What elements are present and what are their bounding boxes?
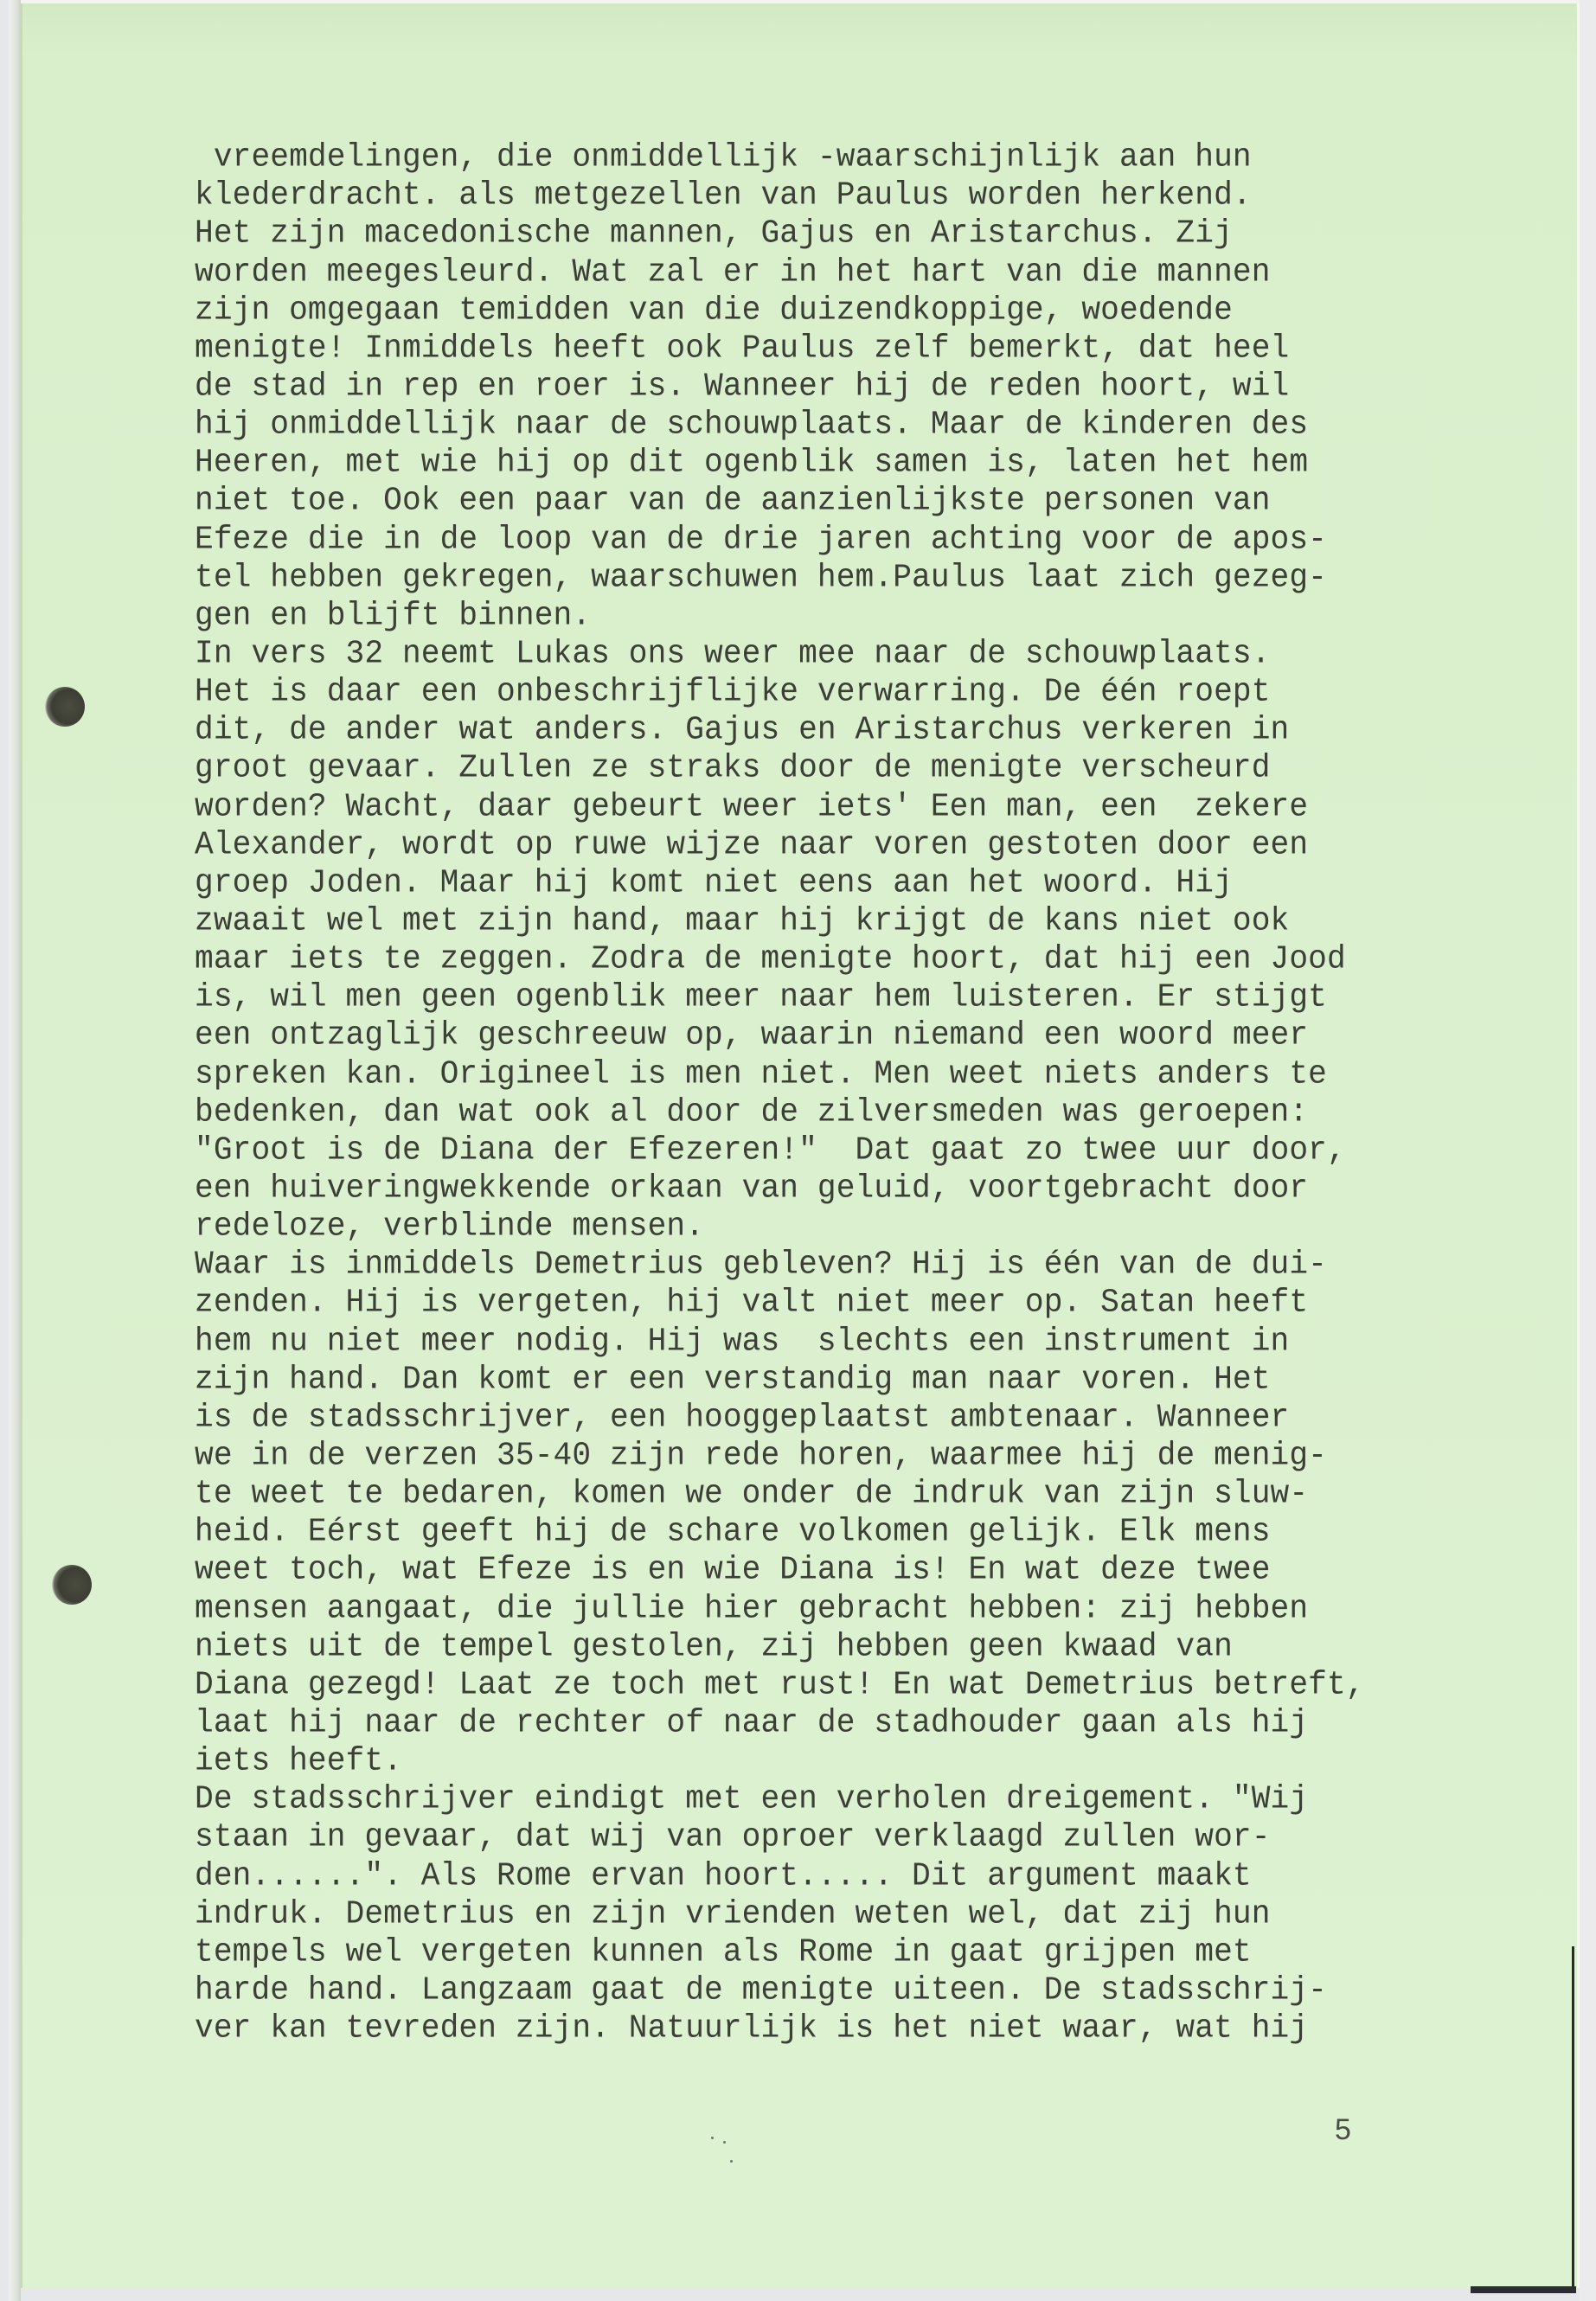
text-line: staan in gevaar, dat wij van oproer verk… <box>195 1817 1271 1857</box>
text-line: maar iets te zeggen. Zodra de menigte ho… <box>195 939 1346 979</box>
text-line: heid. Eérst geeft hij de schare volkomen… <box>195 1512 1271 1552</box>
punch-hole-icon <box>52 1565 92 1605</box>
text-line: te weet te bedaren, komen we onder de in… <box>195 1474 1308 1514</box>
punch-hole-icon <box>45 687 85 727</box>
text-line: tel hebben gekregen, waarschuwen hem.Pau… <box>195 558 1327 598</box>
text-line: Efeze die in de loop van de drie jaren a… <box>195 520 1327 560</box>
page-corner-shadow <box>1471 2286 1576 2293</box>
text-line: In vers 32 neemt Lukas ons weer mee naar… <box>195 634 1271 674</box>
scanner-right-margin <box>1580 0 1596 2301</box>
text-line: tempels wel vergeten kunnen als Rome in … <box>195 1932 1252 1972</box>
text-line: bedenken, dan wat ook al door de zilvers… <box>195 1093 1308 1132</box>
text-line: den......". Als Rome ervan hoort..... Di… <box>195 1856 1252 1896</box>
text-line: Heeren, met wie hij op dit ogenblik same… <box>195 443 1308 483</box>
text-line: zenden. Hij is vergeten, hij valt niet m… <box>195 1283 1308 1323</box>
paper-speck <box>723 2141 726 2144</box>
scanner-left-margin <box>9 0 21 2301</box>
paper-speck <box>711 2137 714 2139</box>
text-line: "Groot is de Diana der Efezeren!" Dat ga… <box>195 1131 1346 1170</box>
text-line: hem nu niet meer nodig. Hij was slechts … <box>195 1322 1289 1362</box>
text-line: zwaait wel met zijn hand, maar hij krijg… <box>195 901 1289 941</box>
text-line: zijn hand. Dan komt er een verstandig ma… <box>195 1360 1271 1400</box>
text-line: mensen aangaat, die jullie hier gebracht… <box>195 1589 1308 1629</box>
text-line: niet toe. Ook een paar van de aanzienlij… <box>195 481 1271 521</box>
text-line: De stadsschrijver eindigt met een verhol… <box>195 1779 1308 1819</box>
text-line: vreemdelingen, die onmiddellijk -waarsch… <box>195 138 1252 177</box>
text-line: indruk. Demetrius en zijn vrienden weten… <box>195 1894 1271 1934</box>
page-number: 5 <box>1335 2111 1351 2149</box>
text-line: Het is daar een onbeschrijflijke verwarr… <box>195 672 1271 712</box>
text-line: is, wil men geen ogenblik meer naar hem … <box>195 977 1327 1017</box>
paper-speck <box>730 2160 733 2163</box>
text-line: dit, de ander wat anders. Gajus en Arist… <box>195 710 1289 750</box>
page-right-shadow <box>1572 1946 1574 2292</box>
text-line: worden meegesleurd. Wat zal er in het ha… <box>195 253 1271 292</box>
text-line: Het zijn macedonische mannen, Gajus en A… <box>195 214 1233 253</box>
text-line: Diana gezegd! Laat ze toch met rust! En … <box>195 1665 1365 1705</box>
text-line: Waar is inmiddels Demetrius gebleven? Hi… <box>195 1245 1327 1285</box>
text-line: niets uit de tempel gestolen, zij hebben… <box>195 1627 1233 1667</box>
text-line: weet toch, wat Efeze is en wie Diana is!… <box>195 1550 1271 1590</box>
text-line: een huiveringwekkende orkaan van geluid,… <box>195 1169 1308 1208</box>
text-line: groot gevaar. Zullen ze straks door de m… <box>195 748 1271 788</box>
text-line: we in de verzen 35-40 zijn rede horen, w… <box>195 1436 1327 1476</box>
text-line: is de stadsschrijver, een hooggeplaatst … <box>195 1398 1289 1438</box>
text-line: groep Joden. Maar hij komt niet eens aan… <box>195 863 1233 903</box>
text-line: worden? Wacht, daar gebeurt weer iets' E… <box>195 787 1308 827</box>
text-line: Alexander, wordt op ruwe wijze naar vore… <box>195 825 1308 865</box>
text-line: klederdracht. als metgezellen van Paulus… <box>195 176 1252 215</box>
text-line: iets heeft. <box>195 1741 402 1781</box>
text-line: harde hand. Langzaam gaat de menigte uit… <box>195 1971 1327 2010</box>
text-line: een ontzaglijk geschreeuw op, waarin nie… <box>195 1016 1308 1055</box>
text-line: hij onmiddellijk naar de schouwplaats. M… <box>195 405 1308 445</box>
text-line: zijn omgegaan temidden van die duizendko… <box>195 291 1233 330</box>
text-line: gen en blijft binnen. <box>195 596 591 636</box>
text-line: ver kan tevreden zijn. Natuurlijk is het… <box>195 2009 1308 2048</box>
text-line: menigte! Inmiddels heeft ook Paulus zelf… <box>195 329 1289 369</box>
text-line: spreken kan. Origineel is men niet. Men … <box>195 1054 1327 1094</box>
text-line: de stad in rep en roer is. Wanneer hij d… <box>195 367 1289 407</box>
text-line: redeloze, verblinde mensen. <box>195 1207 704 1247</box>
text-line: laat hij naar de rechter of naar de stad… <box>195 1703 1308 1743</box>
